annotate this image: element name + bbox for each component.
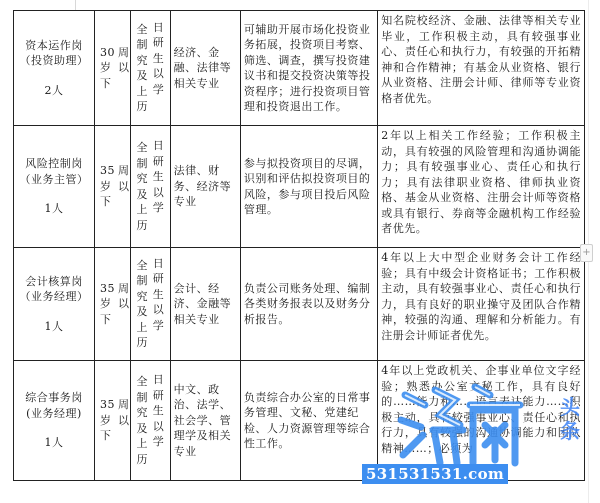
age-char: 周	[118, 163, 130, 179]
position-name: 风险控制岗	[17, 156, 91, 172]
age-right: 周以	[118, 163, 130, 210]
age-char: 下	[100, 312, 115, 328]
age-number: 35	[100, 397, 115, 413]
education-left: 全制究及上历	[137, 258, 149, 351]
education-right: 日研生以学	[153, 372, 165, 467]
education-char: 日	[153, 256, 165, 272]
education-char: 以	[153, 302, 165, 318]
education-char: 学	[153, 82, 165, 98]
position-title: （投资助理）	[17, 53, 91, 69]
position-name: 综合事务岗	[17, 390, 91, 406]
age-char: 岁	[100, 413, 115, 429]
education-char: 及	[137, 304, 149, 320]
age-cell: 35岁下 周以	[94, 248, 130, 361]
age-number: 35	[100, 281, 115, 297]
education-cell: 全制究及上历 日研生以学	[131, 126, 170, 248]
education-char: 全	[137, 258, 149, 274]
education-left: 全制究及上历	[137, 374, 149, 467]
age-left: 30岁下	[100, 45, 115, 92]
requirements-cell: 4年以上大中型企业财务会计工作经验；具有中级会计资格证书；工作积极主动，具有较强…	[378, 248, 585, 361]
position-cell: 会计核算岗 （业务经理） 1人	[14, 248, 95, 361]
education-char: 历	[137, 99, 149, 115]
watermark-url: 531531531.com	[362, 464, 508, 484]
position-cell: 资本运作岗 （投资助理） 2人	[14, 11, 95, 126]
age-char: 以	[118, 179, 130, 195]
age-cell: 30岁下 周以	[94, 11, 130, 126]
education-char: 全	[137, 374, 149, 390]
position-cell: 综合事务岗 (业务经理) 1人	[14, 361, 95, 481]
page-guide-line	[75, 0, 76, 10]
education-char: 上	[137, 320, 149, 336]
table-row: 会计核算岗 （业务经理） 1人 35岁下 周以 全制究及上历 日研生以学 会计、…	[14, 248, 585, 361]
education-char: 学	[153, 318, 165, 334]
education-char: 学	[153, 200, 165, 216]
table-row: 风险控制岗 （业务主管） 1人 35岁下 周以 全制究及上历 日研生以学 法律、…	[14, 126, 585, 248]
education-char: 研	[153, 154, 165, 170]
education-char: 究	[137, 289, 149, 305]
education-char: 生	[153, 287, 165, 303]
education-char: 全	[137, 22, 149, 38]
requirements-cell: 知名院校经济、金融、法律等相关专业毕业，工作积极主动，具有较强事业心、责任心和执…	[378, 11, 585, 126]
education-cell: 全制究及上历 日研生以学	[131, 248, 170, 361]
education-char: 日	[153, 20, 165, 36]
age-char: 以	[118, 413, 130, 429]
education-char: 以	[153, 185, 165, 201]
watermark-char: 头	[560, 395, 580, 419]
age-char: 周	[118, 281, 130, 297]
age-left: 35岁下	[100, 397, 115, 444]
education-char: 及	[137, 68, 149, 84]
headcount: 1人	[17, 319, 91, 335]
education-char: 日	[153, 372, 165, 388]
education-right: 日研生以学	[153, 20, 165, 115]
education-char: 全	[137, 140, 149, 156]
duties-cell: 负责公司账务处理、编制各类财务报表以及财务分析报告。	[240, 248, 377, 361]
education-char: 究	[137, 171, 149, 187]
education-char: 研	[153, 388, 165, 404]
education-char: 历	[137, 218, 149, 234]
education-right: 日研生以学	[153, 138, 165, 233]
major-cell: 会计、经济、金融等相关专业	[170, 248, 240, 361]
age-char: 下	[100, 194, 115, 210]
education-char: 及	[137, 187, 149, 203]
expand-button[interactable]: +	[580, 244, 593, 262]
age-char: 岁	[100, 296, 115, 312]
education-char: 上	[137, 84, 149, 100]
education-char: 学	[153, 434, 165, 450]
watermark-logo-icon	[395, 375, 525, 470]
education-char: 制	[137, 273, 149, 289]
age-cell: 35岁下 周以	[94, 361, 130, 481]
age-char: 周	[118, 397, 130, 413]
age-cell: 35岁下 周以	[94, 126, 130, 248]
education-char: 究	[137, 405, 149, 421]
headcount: 2人	[17, 83, 91, 99]
age-char: 岁	[100, 60, 115, 76]
education-char: 制	[137, 37, 149, 53]
requirements-cell: 2年以上相关工作经验；工作积极主动，具有较强的风险管理和沟通协调能力；具有较强事…	[378, 126, 585, 248]
age-char: 以	[118, 296, 130, 312]
education-char: 上	[137, 436, 149, 452]
age-char: 下	[100, 76, 115, 92]
position-cell: 风险控制岗 （业务主管） 1人	[14, 126, 95, 248]
duties-cell: 参与拟投资项目的尽调，识别和评估拟投资项目的风险，参与项目投后风险管理。	[240, 126, 377, 248]
education-char: 历	[137, 335, 149, 351]
position-title: （业务主管）	[17, 172, 91, 188]
education-char: 生	[153, 403, 165, 419]
education-char: 研	[153, 35, 165, 51]
age-number: 30	[100, 45, 115, 61]
position-name: 会计核算岗	[17, 274, 91, 290]
education-cell: 全制究及上历 日研生以学	[131, 361, 170, 481]
education-char: 研	[153, 271, 165, 287]
watermark-side-text: 头 条	[560, 395, 580, 443]
major-cell: 中文、政治、法学、社会学、管理学及相关专业	[170, 361, 240, 481]
age-right: 周以	[118, 45, 130, 92]
education-char: 以	[153, 66, 165, 82]
watermark-char: 条	[560, 419, 580, 443]
education-char: 及	[137, 421, 149, 437]
education-char: 上	[137, 202, 149, 218]
position-title: （业务经理）	[17, 289, 91, 305]
education-char: 制	[137, 390, 149, 406]
education-char: 究	[137, 53, 149, 69]
duties-cell: 可辅助开展市场化投资业务拓展，投资项目考察、筛选、调查，撰写投资建议书和提交投资…	[240, 11, 377, 126]
position-name: 资本运作岗	[17, 38, 91, 54]
age-left: 35岁下	[100, 281, 115, 328]
education-right: 日研生以学	[153, 256, 165, 351]
education-char: 以	[153, 419, 165, 435]
education-left: 全制究及上历	[137, 140, 149, 233]
major-cell: 法律、财务、经济等专业	[170, 126, 240, 248]
headcount: 1人	[17, 435, 91, 451]
education-char: 历	[137, 452, 149, 468]
age-char: 岁	[100, 179, 115, 195]
major-cell: 经济、金融、法律等相关专业	[170, 11, 240, 126]
age-char: 周	[118, 45, 130, 61]
duties-cell: 负责综合办公室的日常事务管理、文秘、党建纪检、人力资源管理等综合性工作。	[240, 361, 377, 481]
education-char: 制	[137, 156, 149, 172]
headcount: 1人	[17, 201, 91, 217]
age-char: 下	[100, 428, 115, 444]
education-char: 日	[153, 138, 165, 154]
education-left: 全制究及上历	[137, 22, 149, 115]
age-right: 周以	[118, 281, 130, 328]
age-left: 35岁下	[100, 163, 115, 210]
education-char: 生	[153, 51, 165, 67]
age-right: 周以	[118, 397, 130, 444]
table-row: 资本运作岗 （投资助理） 2人 30岁下 周以 全制究及上历 日研生以学 经济、…	[14, 11, 585, 126]
age-number: 35	[100, 163, 115, 179]
education-cell: 全制究及上历 日研生以学	[131, 11, 170, 126]
education-char: 生	[153, 169, 165, 185]
position-title: (业务经理)	[17, 406, 91, 422]
age-char: 以	[118, 60, 130, 76]
